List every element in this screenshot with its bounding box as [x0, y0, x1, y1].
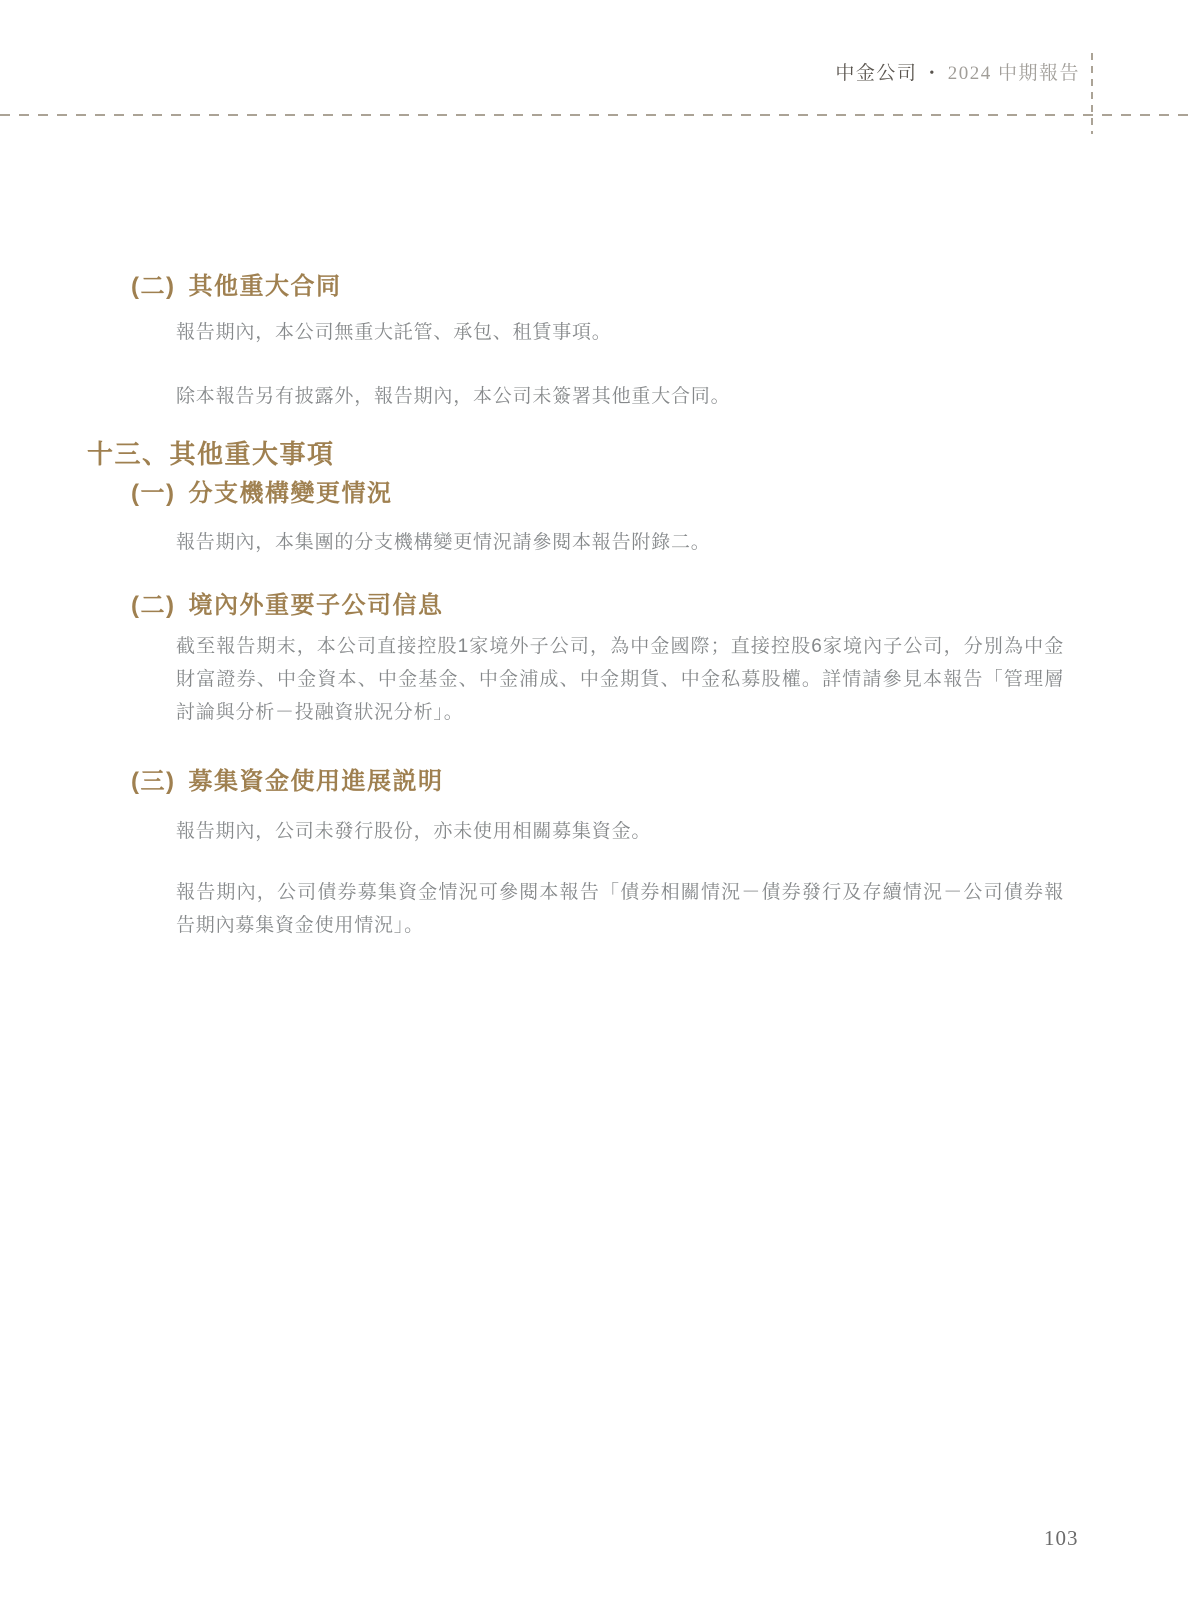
- report-edition: 2024 中期報告: [948, 63, 1080, 84]
- paragraph: 報告期內，公司債券募集資金情況可參閱本報告「債券相關情況－債券發行及存續情況－公…: [176, 876, 1064, 942]
- section-heading-branch-changes: (一)分支機構變更情況: [131, 478, 392, 510]
- chapter-heading-other-major-matters: 十三、其他重大事項: [87, 437, 335, 471]
- section-title: 其他重大合同: [188, 273, 341, 300]
- section-label: (一): [131, 480, 175, 507]
- section-title: 境內外重要子公司信息: [188, 592, 443, 619]
- running-header: 中金公司•2024 中期報告: [835, 58, 1080, 85]
- company-name: 中金公司: [835, 63, 917, 84]
- bullet-separator: •: [929, 66, 935, 81]
- page-number: 103: [1044, 1526, 1079, 1551]
- corner-dashed-line: [1091, 53, 1093, 134]
- paragraph: 報告期內，公司未發行股份，亦未使用相關募集資金。: [176, 815, 1064, 848]
- paragraph: 報告期內，本公司無重大託管、承包、租賃事項。: [176, 316, 1064, 349]
- section-heading-other-major-contracts: (二)其他重大合同: [131, 271, 341, 303]
- paragraph: 截至報告期末，本公司直接控股1家境外子公司，為中金國際；直接控股6家境內子公司，…: [176, 630, 1064, 729]
- section-label: (二): [131, 273, 175, 300]
- paragraph: 除本報告另有披露外，報告期內，本公司未簽署其他重大合同。: [176, 380, 1064, 413]
- section-heading-subsidiaries-info: (二)境內外重要子公司信息: [131, 590, 443, 622]
- chapter-title: 其他重大事項: [170, 439, 335, 469]
- section-label: (三): [131, 768, 175, 795]
- section-label: (二): [131, 592, 175, 619]
- chapter-number: 十三、: [87, 439, 170, 469]
- section-title: 分支機構變更情況: [188, 480, 392, 507]
- section-heading-fund-usage-progress: (三)募集資金使用進展説明: [131, 766, 443, 798]
- report-page: 中金公司•2024 中期報告 (二)其他重大合同 報告期內，本公司無重大託管、承…: [0, 0, 1190, 1615]
- paragraph: 報告期內，本集團的分支機構變更情況請參閱本報告附錄二。: [176, 526, 1064, 559]
- top-dashed-divider: [0, 114, 1190, 116]
- section-title: 募集資金使用進展説明: [188, 768, 443, 795]
